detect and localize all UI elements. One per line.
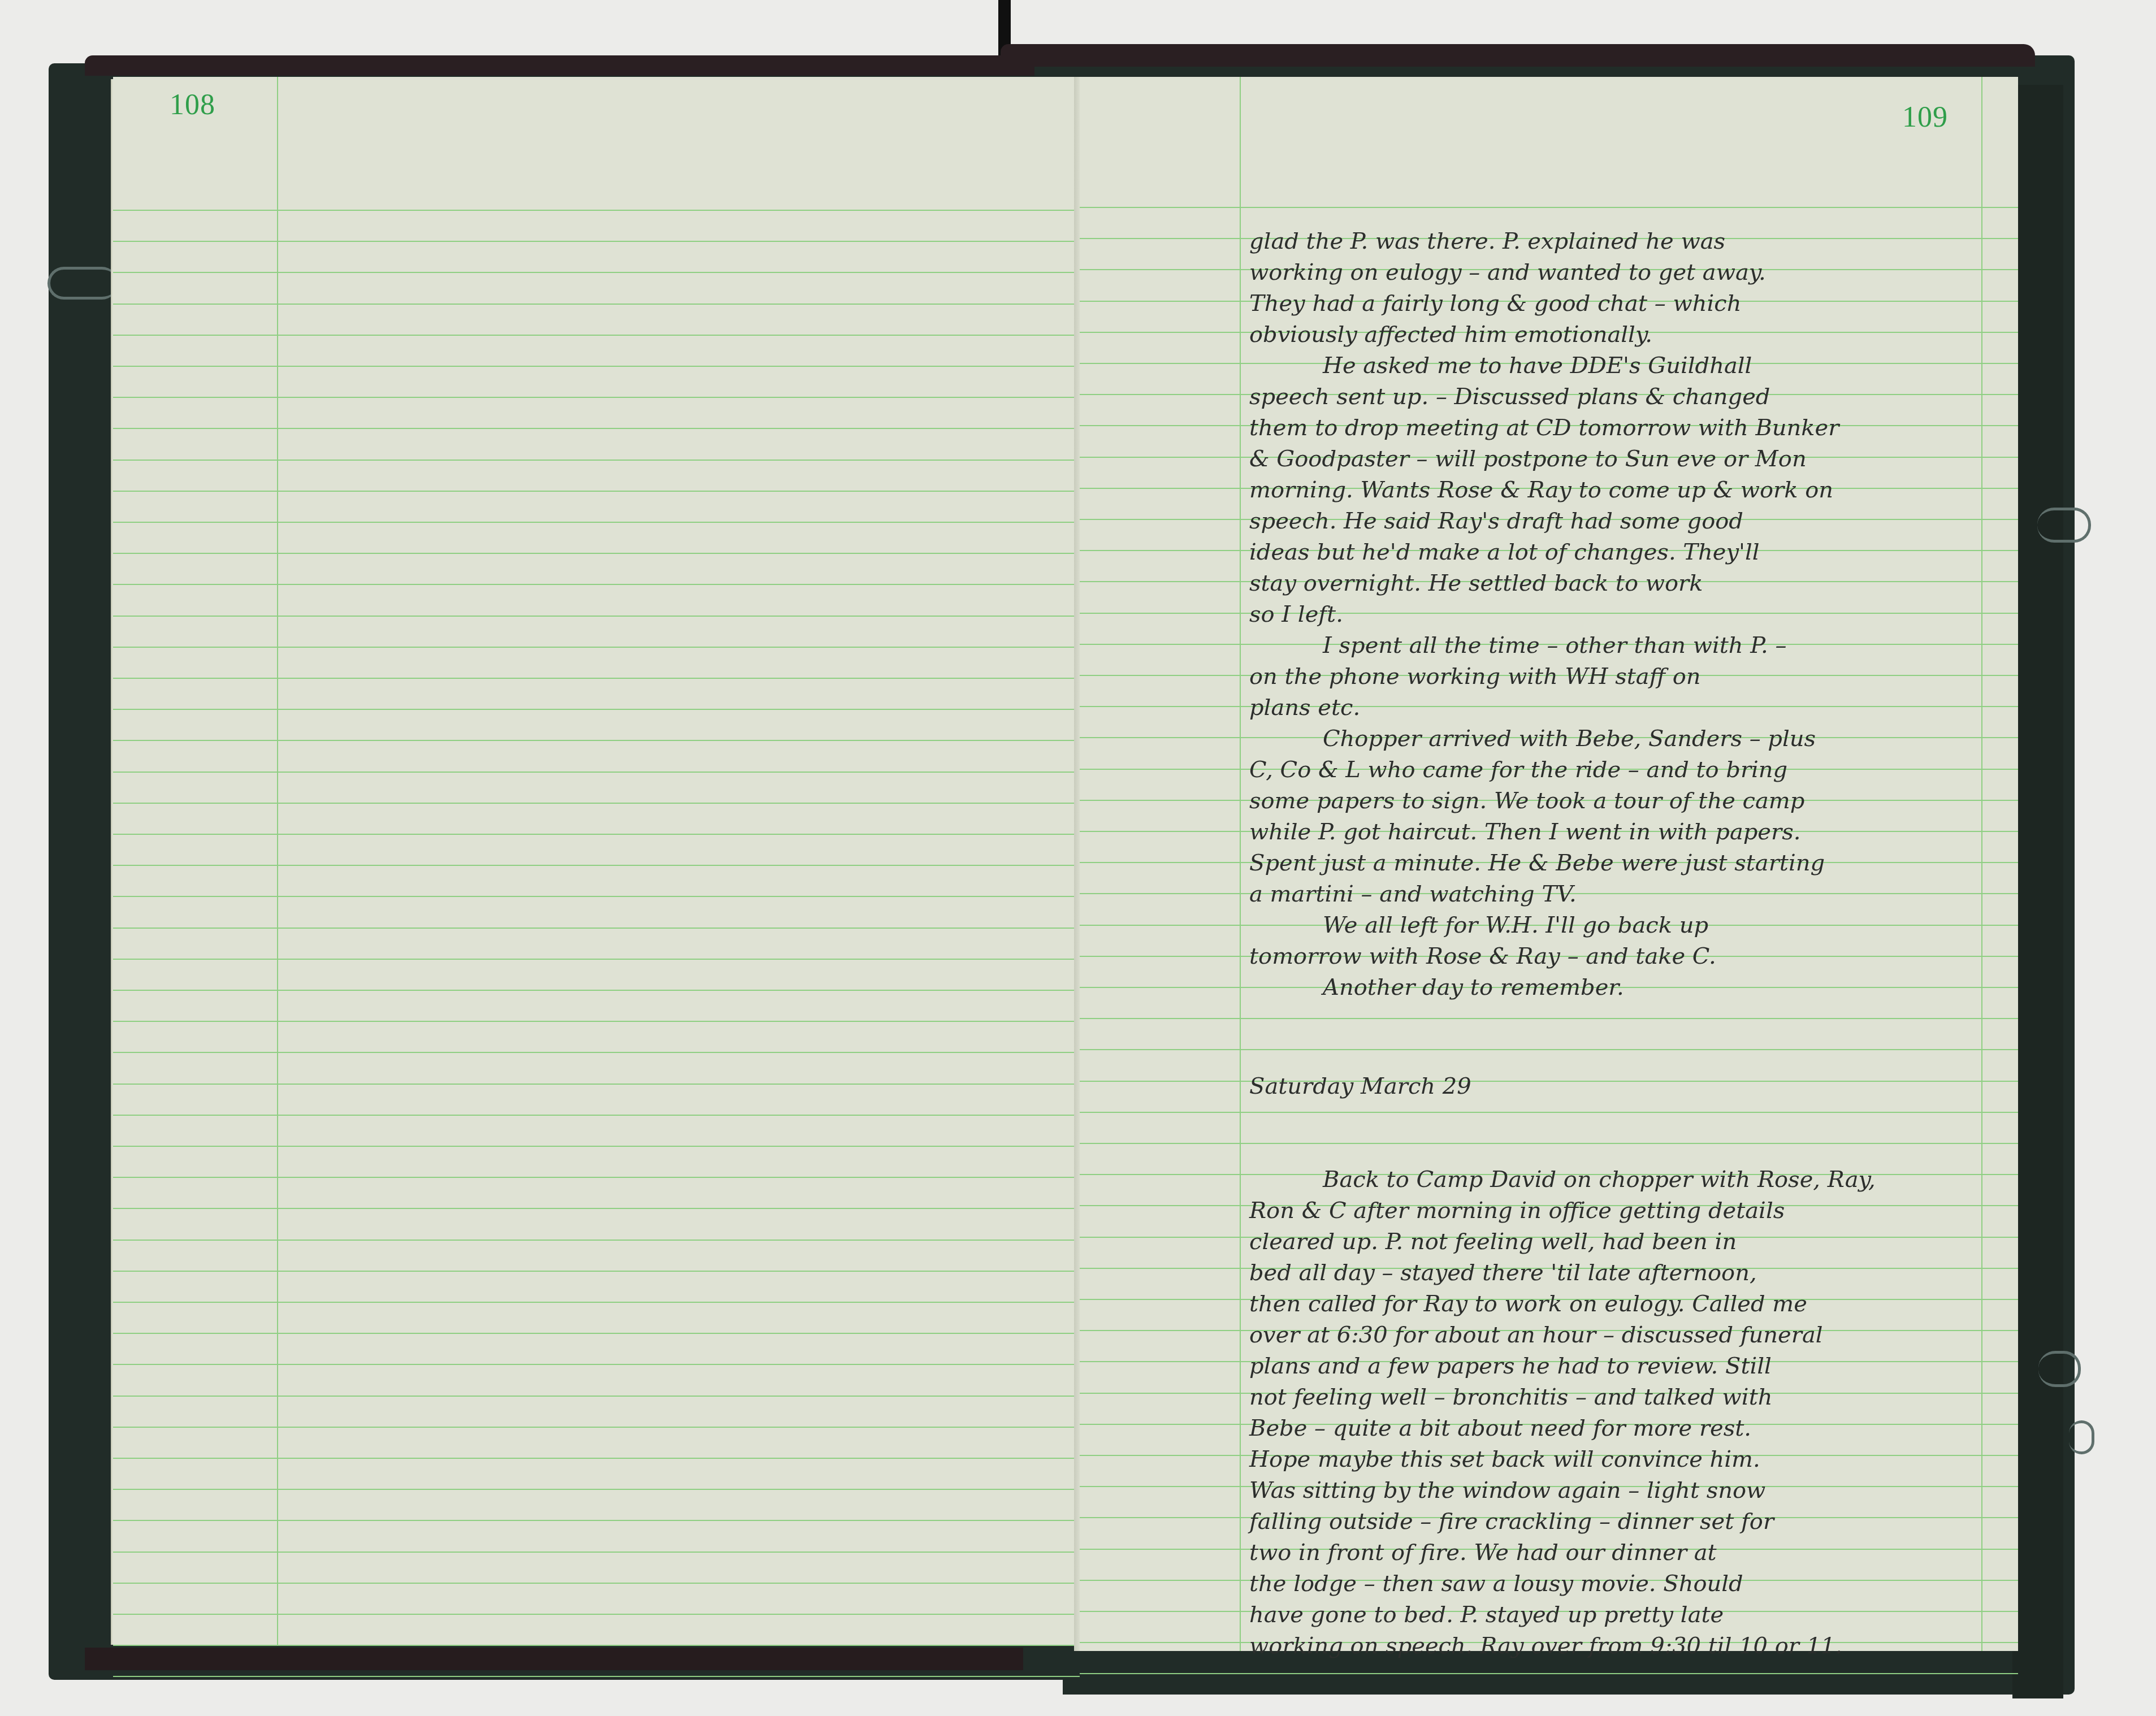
notebook-cover-right-edge	[2012, 85, 2063, 1698]
entry-line: Bebe – quite a bit about need for more r…	[1249, 1413, 2007, 1444]
ruled-line	[113, 1177, 1080, 1178]
notebook-binding-bottom	[85, 1648, 1023, 1670]
ruled-line	[113, 990, 1080, 991]
entry-line: Spent just a minute. He & Bebe were just…	[1249, 848, 2007, 879]
entry-line: C, Co & L who came for the ride – and to…	[1249, 755, 2007, 786]
ruled-line	[113, 834, 1080, 835]
ruled-line	[1080, 1673, 2018, 1674]
entry-line: speech sent up. – Discussed plans & chan…	[1249, 382, 2007, 413]
ruled-line	[1080, 207, 2018, 208]
entry-line: have gone to bed. P. stayed up pretty la…	[1249, 1600, 2007, 1631]
page-number-left: 108	[170, 88, 215, 122]
ruled-line	[113, 803, 1080, 804]
paperclip-icon	[47, 267, 118, 300]
ruled-line	[1080, 1112, 2018, 1113]
ruled-line	[113, 865, 1080, 866]
ruled-line	[113, 553, 1080, 554]
entry-line: They had a fairly long & good chat – whi…	[1249, 288, 2007, 319]
ruled-line	[113, 397, 1080, 398]
journal-entry-1: glad the P. was there. P. explained he w…	[1249, 226, 2007, 1003]
ruled-line	[113, 366, 1080, 367]
ruled-line	[113, 1489, 1080, 1490]
entry-line: while P. got haircut. Then I went in wit…	[1249, 817, 2007, 848]
entry-line: bed all day – stayed there 'til late aft…	[1249, 1258, 2007, 1289]
left-page: 108	[113, 77, 1080, 1645]
entry-line: Was sitting by the window again – light …	[1249, 1475, 2007, 1506]
entry-line: working on eulogy – and wanted to get aw…	[1249, 257, 2007, 288]
entry-line: two in front of fire. We had our dinner …	[1249, 1537, 2007, 1568]
entry-line: falling outside – fire crackling – dinne…	[1249, 1506, 2007, 1537]
entry-line: ideas but he'd make a lot of changes. Th…	[1249, 537, 2007, 568]
ruled-line	[113, 1146, 1080, 1147]
entry-line: a martini – and watching TV.	[1249, 879, 2007, 910]
ruled-line	[113, 1520, 1080, 1521]
ruled-line	[113, 1552, 1080, 1553]
paperclip-icon	[2038, 1351, 2081, 1387]
ruled-line	[113, 304, 1080, 305]
entry-line: so I left.	[1249, 599, 2007, 630]
entry-line: then called for Ray to work on eulogy. C…	[1249, 1289, 2007, 1320]
entry-line: over at 6:30 for about an hour – discuss…	[1249, 1320, 2007, 1351]
entry-line: He asked me to have DDE's Guildhall	[1249, 350, 2007, 382]
entry-line: Chopper arrived with Bebe, Sanders – plu…	[1249, 723, 2007, 755]
entry-line: cleared up. P. not feeling well, had bee…	[1249, 1227, 2007, 1258]
ruled-line	[113, 272, 1080, 273]
ruled-line	[113, 1052, 1080, 1053]
entry-line: Ron & C after morning in office getting …	[1249, 1195, 2007, 1227]
ruled-line	[113, 1614, 1080, 1615]
ruled-line	[113, 428, 1080, 429]
entry-line: them to drop meeting at CD tomorrow with…	[1249, 413, 2007, 444]
ruled-line	[1080, 1143, 2018, 1144]
ruled-line	[113, 1302, 1080, 1303]
entry-line: the lodge – then saw a lousy movie. Shou…	[1249, 1568, 2007, 1600]
ruled-line	[113, 709, 1080, 710]
entry-line: some papers to sign. We took a tour of t…	[1249, 786, 2007, 817]
margin-line-right	[1240, 77, 1241, 1651]
ruled-line	[113, 1240, 1080, 1241]
entry-line: We all left for W.H. I'll go back up	[1249, 910, 2007, 941]
entry-line: stay overnight. He settled back to work	[1249, 568, 2007, 599]
entry-line: Hope maybe this set back will convince h…	[1249, 1444, 2007, 1475]
entry-date: Saturday March 29	[1249, 1071, 2007, 1102]
ruled-line	[113, 928, 1080, 929]
entry-line: speech. He said Ray's draft had some goo…	[1249, 506, 2007, 537]
entry-line: morning. Wants Rose & Ray to come up & w…	[1249, 475, 2007, 506]
ruled-line	[113, 1364, 1080, 1365]
entry-line: obviously affected him emotionally.	[1249, 319, 2007, 350]
ruled-line	[113, 1676, 1080, 1677]
ruled-line	[113, 1396, 1080, 1397]
entry-line: I spent all the time – other than with P…	[1249, 630, 2007, 661]
entry-line: plans and a few papers he had to review.…	[1249, 1351, 2007, 1382]
entry-line: Another day to remember.	[1249, 972, 2007, 1003]
ruled-line	[113, 1115, 1080, 1116]
ruled-line	[113, 896, 1080, 897]
ruled-line	[113, 1645, 1080, 1646]
ruled-line	[113, 1427, 1080, 1428]
ruled-line	[113, 772, 1080, 773]
paperclip-icon	[2037, 508, 2091, 543]
entry-line: plans etc.	[1249, 692, 2007, 723]
entry-line: not feeling well – bronchitis – and talk…	[1249, 1382, 2007, 1413]
margin-line-left	[277, 77, 278, 1645]
ruled-line	[1080, 1049, 2018, 1050]
entry-line: Back to Camp David on chopper with Rose,…	[1249, 1164, 2007, 1195]
ruled-line	[113, 740, 1080, 741]
ruled-line	[113, 1084, 1080, 1085]
page-number-right: 109	[1902, 101, 1948, 134]
ruled-line	[113, 647, 1080, 648]
ruled-line	[113, 1208, 1080, 1209]
ruled-line	[113, 1271, 1080, 1272]
ruled-line	[113, 335, 1080, 336]
ruled-line	[113, 1021, 1080, 1022]
ruled-line	[113, 616, 1080, 617]
notebook-binding-top-right	[1001, 44, 2035, 67]
ruled-line	[113, 210, 1080, 211]
entry-line: working on speech. Ray over from 9:30 ti…	[1249, 1631, 2007, 1662]
ruled-line	[113, 1458, 1080, 1459]
ruled-line	[113, 1583, 1080, 1584]
entry-line: tomorrow with Rose & Ray – and take C.	[1249, 941, 2007, 972]
ruled-line	[113, 1333, 1080, 1334]
journal-entry-2: Back to Camp David on chopper with Rose,…	[1249, 1164, 2007, 1662]
ruled-line	[1080, 1018, 2018, 1019]
entry-line: & Goodpaster – will postpone to Sun eve …	[1249, 444, 2007, 475]
ruled-line	[113, 491, 1080, 492]
ruled-line	[113, 522, 1080, 523]
ruled-line	[113, 584, 1080, 585]
notebook-binding-top-left	[85, 55, 1034, 76]
ruled-line	[113, 678, 1080, 679]
entry-line: glad the P. was there. P. explained he w…	[1249, 226, 2007, 257]
ruled-line	[113, 959, 1080, 960]
ruled-line	[113, 460, 1080, 461]
ruled-line	[113, 241, 1080, 242]
paperclip-icon	[2069, 1420, 2094, 1454]
journal-entry-2-date: Saturday March 29	[1249, 1071, 2007, 1102]
entry-line: on the phone working with WH staff on	[1249, 661, 2007, 692]
